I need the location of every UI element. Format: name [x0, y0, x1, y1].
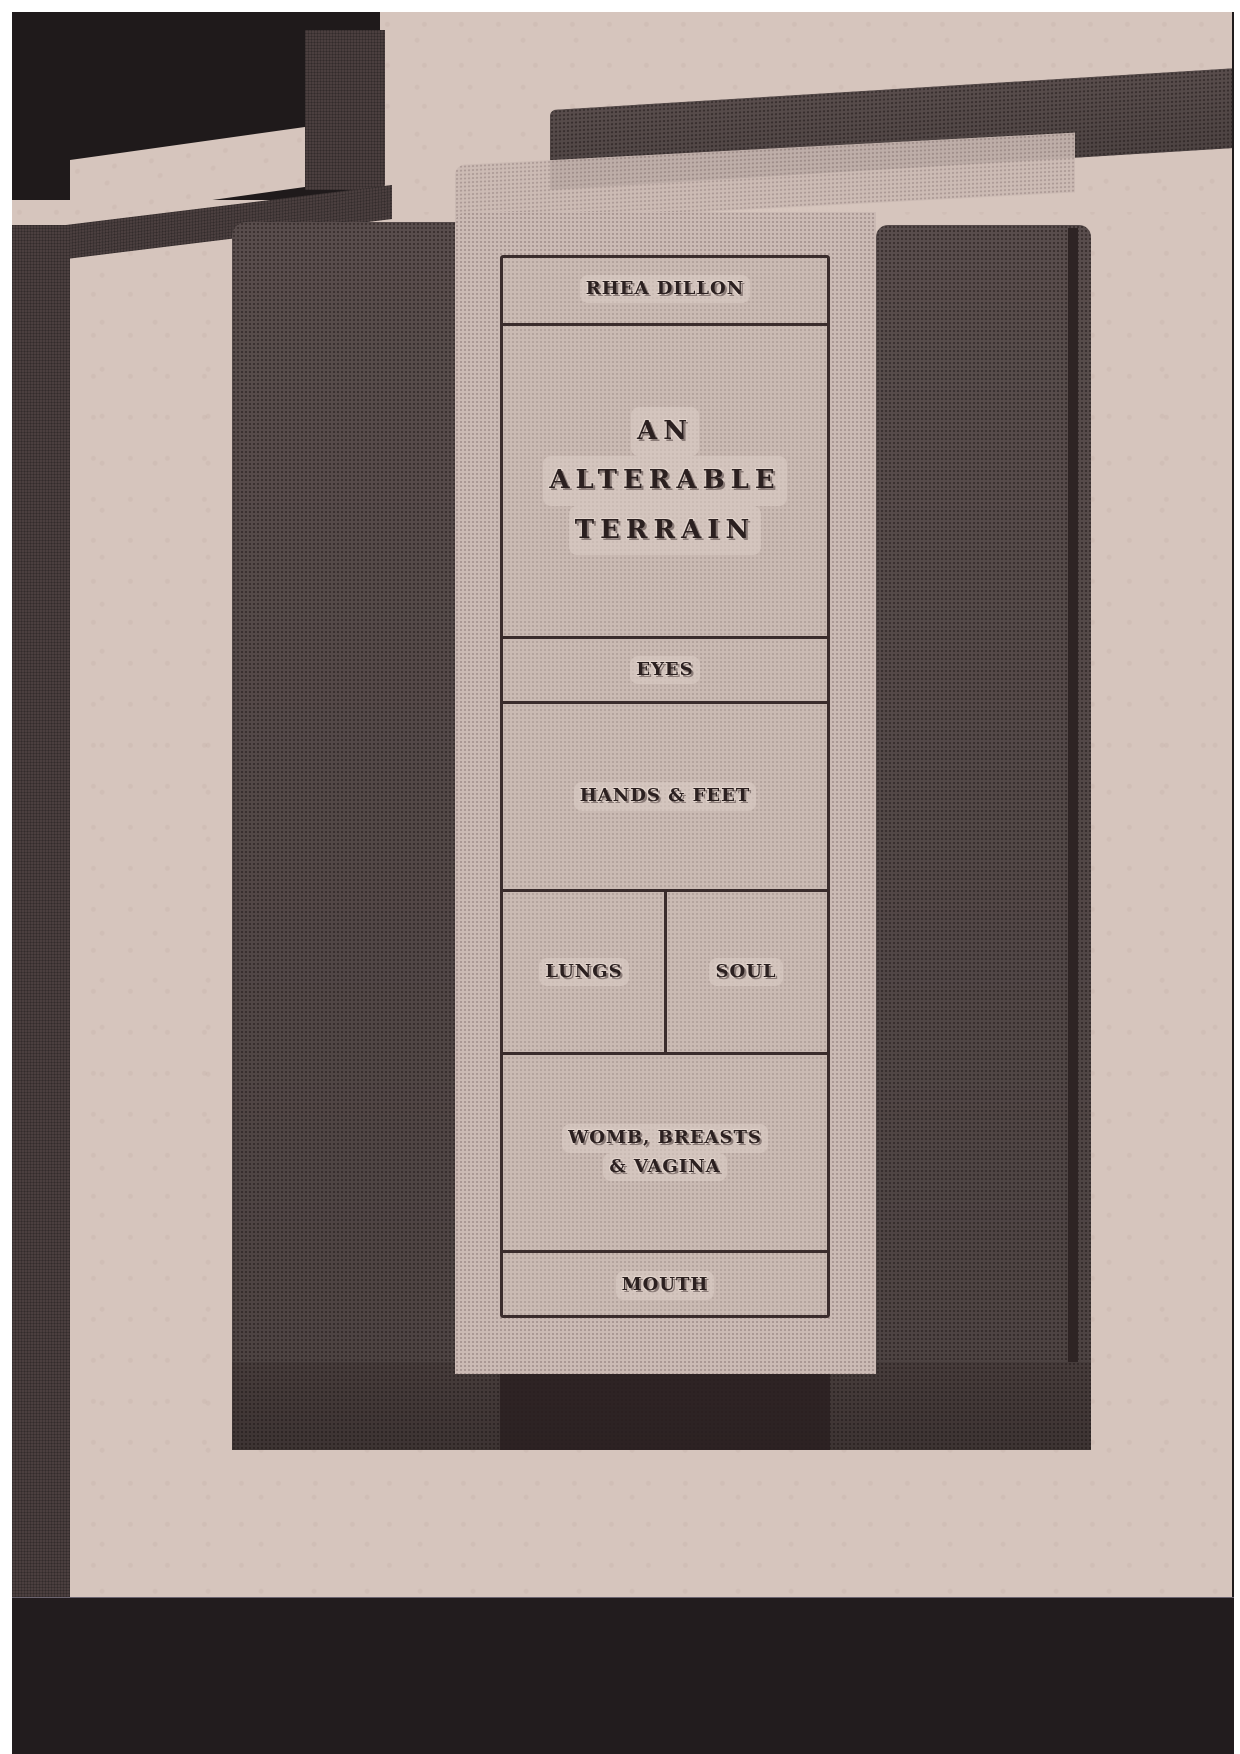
womb-panel: WOMB, BREASTS & VAGINA: [503, 1052, 827, 1250]
mouth-label: MOUTH: [616, 1271, 715, 1299]
soul-label: SOUL: [709, 958, 782, 986]
lungs-panel: LUNGS: [503, 892, 665, 1052]
womb-label-line-1: WOMB, BREASTS: [562, 1124, 768, 1152]
hands-feet-panel: HANDS & FEET: [503, 701, 827, 889]
soul-panel: SOUL: [665, 892, 827, 1052]
author-panel: RHEA DILLON: [503, 258, 827, 320]
book-left-cover: [232, 222, 460, 1450]
book-right-cover-edge: [1068, 228, 1078, 1450]
title-line-2: ALTERABLE: [543, 456, 786, 506]
bottom-scan-band: [12, 1597, 1234, 1754]
eyes-panel: EYES: [503, 636, 827, 701]
eyes-label: EYES: [630, 656, 699, 684]
hands-feet-label: HANDS & FEET: [574, 782, 756, 810]
lungs-label: LUNGS: [539, 958, 628, 986]
spine-label-frame: RHEA DILLON AN ALTERABLE TERRAIN EYES HA…: [500, 255, 830, 1318]
book-right-cover: [876, 225, 1091, 1450]
book-top-cloth-edge: [305, 30, 385, 190]
womb-label-line-2: & VAGINA: [603, 1153, 726, 1181]
title-line-1: AN: [631, 407, 699, 457]
mouth-panel: MOUTH: [503, 1250, 827, 1318]
book-bottom-shadow: [500, 1372, 830, 1450]
title-panel: AN ALTERABLE TERRAIN: [503, 323, 827, 636]
title-line-3: TERRAIN: [569, 506, 761, 556]
author-name: RHEA DILLON: [580, 275, 750, 303]
lungs-soul-row: LUNGS SOUL: [503, 889, 827, 1052]
left-cloth-spine: [12, 225, 70, 1597]
